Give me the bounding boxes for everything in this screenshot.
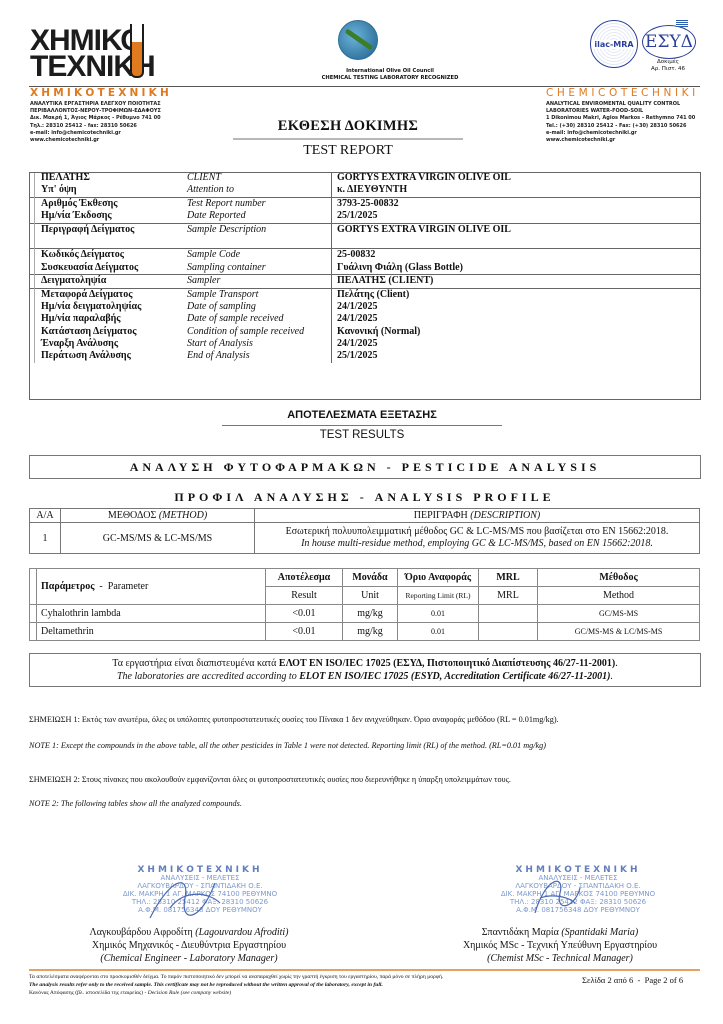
- footer-line-2: The analysis results refer only to the r…: [29, 981, 569, 989]
- col-aa: Α/Α: [30, 509, 61, 523]
- table-row: 1 GC-MS/MS & LC-MS/MS Εσωτερική πολυυπολ…: [30, 523, 700, 554]
- field-value: ΠΕΛΑΤΗΣ (CLIENT): [332, 275, 701, 288]
- field-label-en: Date of sample received: [183, 313, 332, 325]
- field-label-en: Condition of sample received: [183, 326, 332, 338]
- field-value: 25/1/2025: [332, 350, 701, 362]
- page-number: Σελίδα 2 από 6 - Page 2 of 6: [582, 975, 683, 985]
- signatory-left-role-gr: Χημικός Μηχανικός - Διευθύντρια Εργαστηρ…: [29, 939, 349, 952]
- row-aa: 1: [30, 523, 61, 554]
- param-unit: mg/kg: [343, 605, 398, 623]
- col-mrl-en: MRL: [479, 587, 538, 605]
- field-label-en: Sample Code: [183, 249, 332, 262]
- analysis-profile-table: Α/Α ΜΕΘΟΔΟΣ (METHOD) ΠΕΡΙΓΡΑΦΗ (DESCRIPT…: [29, 508, 700, 554]
- info-row: Αριθμός ΈκθεσηςTest Report number3793-25…: [29, 197, 700, 210]
- accreditation-box: Τα εργαστήρια είναι διαπιστευμένα κατά Ε…: [29, 653, 701, 687]
- field-value: 24/1/2025: [332, 338, 701, 350]
- field-label-gr: Έναρξη Ανάλυσης: [35, 338, 184, 350]
- footer-disclaimer: Τα αποτελέσματα αναφέρονται στο προσκομι…: [29, 973, 569, 997]
- test-tube-icon: [130, 24, 144, 78]
- field-label-gr: Συσκευασία Δείγματος: [35, 262, 184, 275]
- field-label-gr: Αριθμός Έκθεσης: [35, 197, 184, 210]
- info-row: Μεταφορά ΔείγματοςSample TransportΠελάτη…: [29, 288, 700, 301]
- row-marker: [30, 569, 37, 605]
- params-header-row-gr: Παράμετρος - Parameter Αποτέλεσμα Μονάδα…: [30, 569, 700, 587]
- note-2-en: NOTE 2: The following tables show all th…: [29, 799, 242, 808]
- field-label-en: Sample Description: [183, 223, 332, 236]
- col-method: ΜΕΘΟΔΟΣ (METHOD): [61, 509, 255, 523]
- note-1-gr: ΣΗΜΕΙΩΣΗ 1: Εκτός των ανωτέρω, όλες οι υ…: [29, 715, 559, 724]
- field-label-gr: Κατάσταση Δείγματος: [35, 326, 184, 338]
- pesticide-results-table: Παράμετρος - Parameter Αποτέλεσμα Μονάδα…: [29, 568, 700, 641]
- param-mrl: [479, 623, 538, 641]
- signatory-right-name-gr: Σπαντιδάκη Μαρία: [482, 927, 559, 938]
- field-label-gr: Κωδικός Δείγματος: [35, 249, 184, 262]
- info-row: Περάτωση ΑνάλυσηςEnd of Analysis25/1/202…: [29, 350, 700, 362]
- address-line: e-mail: info@chemicotechniki.gr: [546, 130, 695, 137]
- footer-line-3: Κανόνας Απόφασης (βλ. ιστοσελίδα της ετα…: [29, 989, 569, 997]
- field-label-gr: Υπ' όψη: [35, 184, 184, 197]
- col-description: ΠΕΡΙΓΡΑΦΗ (DESCRIPTION): [255, 509, 700, 523]
- param-name: Cyhalothrin lambda: [37, 605, 266, 623]
- note-1-en: NOTE 1: Except the compounds in the abov…: [29, 741, 546, 750]
- ioc-caption: International Olive Oil Council CHEMICAL…: [270, 68, 510, 81]
- signature-right-icon: [520, 868, 590, 928]
- param-result: <0.01: [266, 623, 343, 641]
- info-row: ΠΕΛΑΤΗΣCLIENTGORTYS EXTRA VIRGIN OLIVE O…: [29, 172, 700, 184]
- accreditation-gr: Τα εργαστήρια είναι διαπιστευμένα κατά Ε…: [30, 657, 700, 670]
- footer-line-1: Τα αποτελέσματα αναφέρονται στο προσκομι…: [29, 973, 569, 981]
- col-rl-gr: Όριο Αναφοράς: [398, 569, 479, 587]
- info-row: Ημ/νία ΈκδοσηςDate Reported25/1/2025: [29, 210, 700, 223]
- col-result-en: Result: [266, 587, 343, 605]
- info-row: Κατάσταση ΔείγματοςCondition of sample r…: [29, 326, 700, 338]
- title-underline: [233, 138, 463, 140]
- address-line: 1 Dikonimou Makri, Agios Markos - Rethym…: [546, 115, 695, 122]
- signatory-left: Λαγκουβάρδου Αφροδίτη (Lagouvardou Afrod…: [29, 926, 349, 965]
- address-line: LABORATORIES WATER-FOOD-SOIL: [546, 108, 695, 115]
- pesticide-analysis-band: ΑΝΑΛΥΣΗ ΦΥΤΟΦΑΡΜΑΚΩΝ - PESTICIDE ANALYSI…: [29, 455, 701, 479]
- field-label-en: Attention to: [183, 184, 332, 197]
- signatory-left-name-gr: Λαγκουβάρδου Αφροδίτη: [90, 927, 193, 938]
- param-method: GC/MS-MS: [538, 605, 700, 623]
- esyd-caption: Δοκιμές Αρ. Πιστ. 46: [640, 59, 696, 73]
- param-result: <0.01: [266, 605, 343, 623]
- row-description: Εσωτερική πολυυπολειμματική μέθοδος GC &…: [255, 523, 700, 554]
- note-2-gr: ΣΗΜΕΙΩΣΗ 2: Στους πίνακες που ακολουθούν…: [29, 775, 511, 784]
- col-method-gr: Μέθοδος: [538, 569, 700, 587]
- signatory-left-role-en: (Chemical Engineer - Laboratory Manager): [29, 952, 349, 965]
- field-label-en: Sample Transport: [183, 288, 332, 301]
- col-method-en: Method: [538, 587, 700, 605]
- sample-info-table: ΠΕΛΑΤΗΣCLIENTGORTYS EXTRA VIRGIN OLIVE O…: [29, 172, 700, 363]
- esyd-sub-1: Δοκιμές: [640, 59, 696, 66]
- field-label-gr: ΠΕΛΑΤΗΣ: [35, 172, 184, 184]
- row-method: GC-MS/MS & LC-MS/MS: [61, 523, 255, 554]
- field-value: GORTYS EXTRA VIRGIN OLIVE OIL: [332, 172, 701, 184]
- signatory-left-name-en: (Lagouvardou Afroditi): [195, 927, 288, 938]
- col-rl-en: Reporting Limit (RL): [398, 587, 479, 605]
- info-row: Περιγραφή ΔείγματοςSample DescriptionGOR…: [29, 223, 700, 236]
- info-row: Έναρξη ΑνάλυσηςStart of Analysis24/1/202…: [29, 338, 700, 350]
- param-unit: mg/kg: [343, 623, 398, 641]
- col-unit-gr: Μονάδα: [343, 569, 398, 587]
- address-line: e-mail: info@chemicotechniki.gr: [30, 130, 161, 137]
- table-row: Cyhalothrin lambda<0.01mg/kg0.01GC/MS-MS: [30, 605, 700, 623]
- field-label-gr: Ημ/νία δειγματοληψίας: [35, 301, 184, 313]
- address-line: ΑΝΑΛΥΤΙΚΑ ΕΡΓΑΣΤΗΡΙΑ ΕΛΕΓΧΟΥ ΠΟΙΟΤΗΤΑΣ: [30, 101, 161, 108]
- field-value: Κανονική (Normal): [332, 326, 701, 338]
- left-address: ΑΝΑΛΥΤΙΚΑ ΕΡΓΑΣΤΗΡΙΑ ΕΛΕΓΧΟΥ ΠΟΙΟΤΗΤΑΣΠΕ…: [30, 101, 161, 144]
- col-parameter: Παράμετρος - Parameter: [37, 569, 266, 605]
- field-label-en: CLIENT: [183, 172, 332, 184]
- field-label-en: Date of sampling: [183, 301, 332, 313]
- field-label-en: End of Analysis: [183, 350, 332, 362]
- address-line: Τηλ.: 28310 25412 - fax: 28310 50626: [30, 123, 161, 130]
- field-value: 3793-25-00832: [332, 197, 701, 210]
- info-row: Υπ' όψηAttention toκ. ΔΙΕΥΘΥΝΤΗ: [29, 184, 700, 197]
- field-label-gr: Ημ/νία παραλαβής: [35, 313, 184, 325]
- field-value: κ. ΔΙΕΥΘΥΝΤΗ: [332, 184, 701, 197]
- param-method: GC/MS-MS & LC/MS-MS: [538, 623, 700, 641]
- field-value: 24/1/2025: [332, 301, 701, 313]
- signature-left-icon: [140, 868, 230, 928]
- table-row: Deltamethrin<0.01mg/kg0.01GC/MS-MS & LC/…: [30, 623, 700, 641]
- field-value: GORTYS EXTRA VIRGIN OLIVE OIL: [332, 223, 701, 236]
- field-label-en: Sampling container: [183, 262, 332, 275]
- esyd-sub-2: Αρ. Πιστ. 46: [640, 66, 696, 73]
- ilac-mra-logo: ilac-MRA: [590, 20, 638, 68]
- field-label-gr: Περάτωση Ανάλυσης: [35, 350, 184, 362]
- greek-flag-icon: [676, 20, 688, 27]
- info-row: [29, 236, 700, 249]
- ioc-line-2: CHEMICAL TESTING LABORATORY RECOGNIZED: [270, 75, 510, 82]
- row-marker: [30, 623, 37, 641]
- param-name: Deltamethrin: [37, 623, 266, 641]
- report-title-en: TEST REPORT: [233, 143, 463, 159]
- field-label-en: Date Reported: [183, 210, 332, 223]
- info-row: Συσκευασία ΔείγματοςSampling containerΓυ…: [29, 262, 700, 275]
- results-underline: [222, 425, 502, 426]
- col-result-gr: Αποτέλεσμα: [266, 569, 343, 587]
- signatory-right-role-gr: Χημικός MSc - Τεχνική Υπεύθυνη Εργαστηρί…: [400, 939, 720, 952]
- address-line: Δικ. Μακρή 1, Άγιος Μάρκος - Ρέθυμνο 741…: [30, 115, 161, 122]
- field-label-gr: Ημ/νία Έκδοσης: [35, 210, 184, 223]
- ilac-label: ilac-MRA: [593, 40, 634, 49]
- col-unit-en: Unit: [343, 587, 398, 605]
- field-label-gr: Μεταφορά Δείγματος: [35, 288, 184, 301]
- field-label-gr: Δειγματοληψία: [35, 275, 184, 288]
- param-mrl: [479, 605, 538, 623]
- esyd-logo: ΕΣΥΔ: [642, 25, 696, 59]
- address-line: www.chemicotechniki.gr: [546, 137, 695, 144]
- field-value: 25-00832: [332, 249, 701, 262]
- address-line: ANALYTICAL ENVIROMENTAL QUALITY CONTROL: [546, 101, 695, 108]
- row-marker: [30, 605, 37, 623]
- field-value: 24/1/2025: [332, 313, 701, 325]
- results-title-gr: ΑΠΟΤΕΛΕΣΜΑΤΑ ΕΞΕΤΑΣΗΣ: [222, 409, 502, 421]
- analysis-profile-title: ΠΡΟΦΙΛ ΑΝΑΛΥΣΗΣ - ANALYSIS PROFILE: [29, 490, 700, 505]
- esyd-label: ΕΣΥΔ: [645, 32, 693, 52]
- profile-header-row: Α/Α ΜΕΘΟΔΟΣ (METHOD) ΠΕΡΙΓΡΑΦΗ (DESCRIPT…: [30, 509, 700, 523]
- field-label-en: Start of Analysis: [183, 338, 332, 350]
- signatory-right-name-en: (Spantidaki Maria): [561, 927, 638, 938]
- field-label-en: Sampler: [183, 275, 332, 288]
- col-mrl-gr: MRL: [479, 569, 538, 587]
- header-divider-center: [279, 86, 542, 87]
- left-brand: ΧΗΜΙΚΟΤΕΧΝΙΚΗ: [30, 87, 172, 99]
- accreditation-en: The laboratories are accredited accordin…: [30, 670, 700, 683]
- right-address: ANALYTICAL ENVIROMENTAL QUALITY CONTROLL…: [546, 101, 695, 144]
- report-title-gr: ΕΚΘΕΣΗ ΔΟΚΙΜΗΣ: [233, 118, 463, 135]
- param-rl: 0.01: [398, 605, 479, 623]
- field-value: [332, 236, 701, 249]
- company-logo: ΧΗΜΙΚΟ ΤΕΧΝΙΚΗ: [30, 28, 155, 80]
- results-title-en: TEST RESULTS: [222, 429, 502, 441]
- param-rl: 0.01: [398, 623, 479, 641]
- field-value: Γυάλινη Φιάλη (Glass Bottle): [332, 262, 701, 275]
- field-value: Πελάτης (Client): [332, 288, 701, 301]
- info-row: Ημ/νία παραλαβήςDate of sample received2…: [29, 313, 700, 325]
- info-row: ΔειγματοληψίαSamplerΠΕΛΑΤΗΣ (CLIENT): [29, 275, 700, 288]
- signatory-right: Σπαντιδάκη Μαρία (Spantidaki Maria) Χημι…: [400, 926, 720, 965]
- address-line: www.chemicotechniki.gr: [30, 137, 161, 144]
- signatory-right-role-en: (Chemist MSc - Technical Manager): [400, 952, 720, 965]
- field-label-gr: Περιγραφή Δείγματος: [35, 223, 184, 236]
- info-row: Κωδικός ΔείγματοςSample Code25-00832: [29, 249, 700, 262]
- olive-globe-icon: [338, 20, 378, 60]
- footer-divider: [29, 969, 700, 971]
- info-row: Ημ/νία δειγματοληψίαςDate of sampling24/…: [29, 301, 700, 313]
- right-brand: CHEMICOTECHNIKI: [546, 87, 699, 99]
- field-label-en: Test Report number: [183, 197, 332, 210]
- field-value: 25/1/2025: [332, 210, 701, 223]
- address-line: Tel.: (+30) 28310 25412 - Fax: (+30) 283…: [546, 123, 695, 130]
- field-label-en: [183, 236, 332, 249]
- field-label-gr: [35, 236, 184, 249]
